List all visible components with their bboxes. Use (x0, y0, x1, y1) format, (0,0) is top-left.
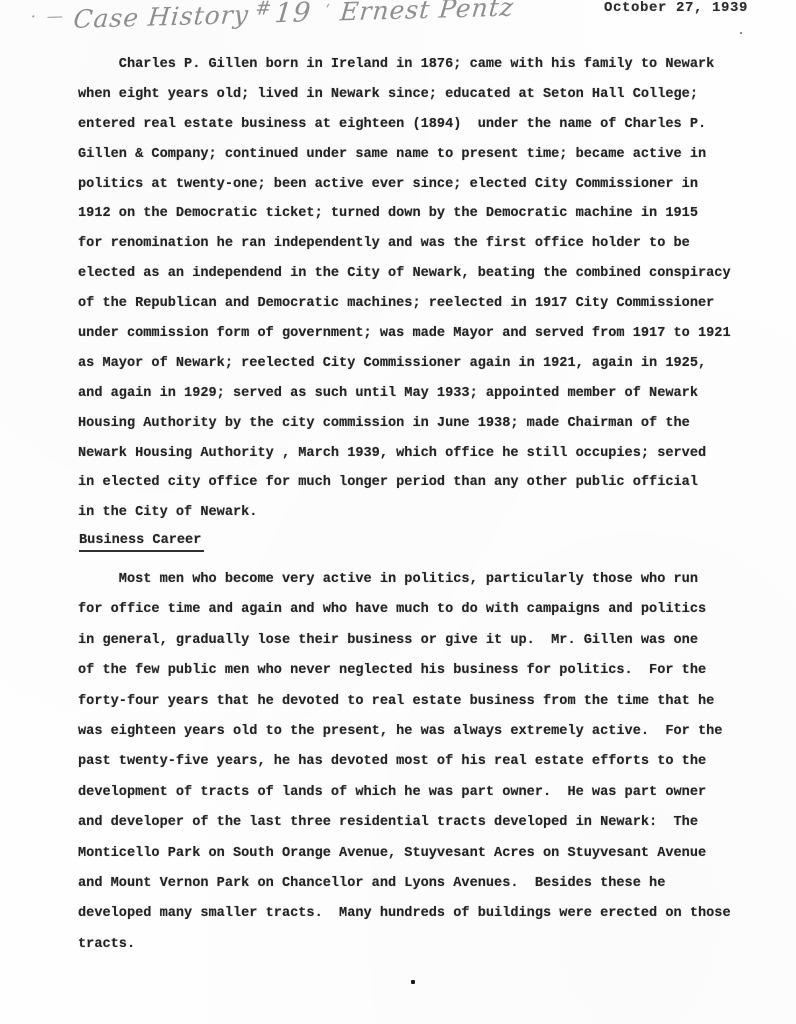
text-line: and Mount Vernon Park on Chancellor and … (78, 874, 731, 904)
text-line: Gillen & Company; continued under same n… (78, 145, 731, 175)
business-career-paragraph: Most men who become very active in polit… (78, 570, 731, 965)
ink-speck (740, 32, 742, 34)
text-line: elected as an independend in the City of… (78, 264, 731, 294)
text-line: Newark Housing Authority , March 1939, w… (78, 444, 731, 474)
text-line: and again in 1929; served as such until … (78, 384, 731, 414)
text-line: past twenty-five years, he has devoted m… (78, 752, 731, 782)
text-line: and developer of the last three resident… (78, 813, 731, 843)
text-line: in general, gradually lose their busines… (78, 631, 731, 661)
text-line: developed many smaller tracts. Many hund… (78, 904, 731, 934)
text-line: Most men who become very active in polit… (78, 570, 731, 600)
text-line: 1912 on the Democratic ticket; turned do… (78, 204, 731, 234)
handwritten-check-marks: · — (30, 6, 67, 26)
handwritten-number-sign: # (254, 0, 273, 20)
handwritten-case-number: 19 (273, 0, 312, 29)
text-line: politics at twenty-one; been active ever… (78, 175, 731, 205)
text-line: entered real estate business at eighteen… (78, 115, 731, 145)
text-line: for office time and again and who have m… (78, 600, 731, 630)
text-line: Monticello Park on South Orange Avenue, … (78, 844, 731, 874)
text-line: in the City of Newark. (78, 503, 731, 533)
ink-speck (411, 980, 415, 984)
handwritten-case-label: Case History (72, 0, 250, 34)
typed-date: October 27, 1939 (604, 0, 748, 16)
text-line: when eight years old; lived in Newark si… (78, 85, 731, 115)
text-line: forty-four years that he devoted to real… (78, 692, 731, 722)
biography-paragraph: Charles P. Gillen born in Ireland in 187… (78, 55, 731, 533)
text-line: of the Republican and Democratic machine… (78, 294, 731, 324)
document-page: October 27, 1939 · —Case History#19ʹErne… (0, 0, 796, 1024)
text-line: Housing Authority by the city commission… (78, 414, 731, 444)
text-line: as Mayor of Newark; reelected City Commi… (78, 354, 731, 384)
text-line: Charles P. Gillen born in Ireland in 187… (78, 55, 731, 85)
text-line: was eighteen years old to the present, h… (78, 722, 731, 752)
text-line: development of tracts of lands of which … (78, 783, 731, 813)
handwritten-author-name: Ernest Pentz (339, 0, 515, 26)
handwritten-tick-mark: ʹ (324, 2, 331, 20)
text-line: in elected city office for much longer p… (78, 473, 731, 503)
text-line: under commission form of government; was… (78, 324, 731, 354)
text-line: tracts. (78, 935, 731, 965)
text-line: for renomination he ran independently an… (78, 234, 731, 264)
text-line: of the few public men who never neglecte… (78, 661, 731, 691)
section-heading-business-career: Business Career (79, 533, 204, 552)
